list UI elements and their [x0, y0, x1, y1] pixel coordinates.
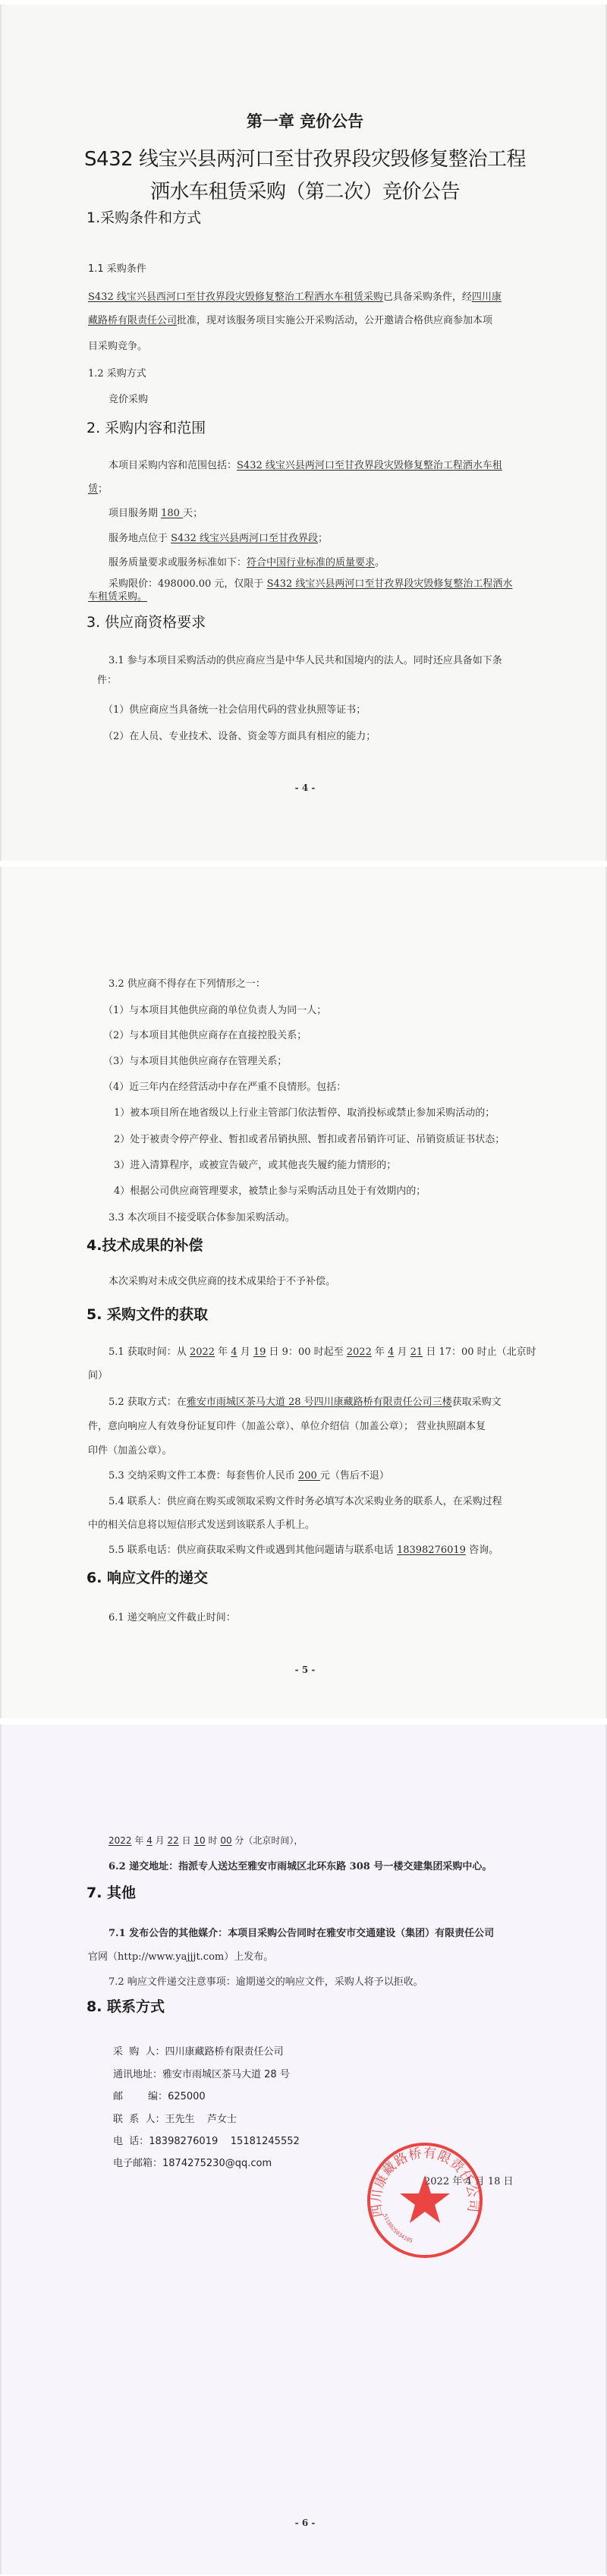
page-number: - 6 -: [2, 2518, 607, 2528]
contact-email: 电子邮箱：1874275230@qq.com: [113, 2155, 272, 2169]
requirement-3-3: 3.3 本次项目不接受联合体参加采购活动。: [109, 1213, 295, 1223]
page-number: - 5 -: [2, 1664, 607, 1675]
company-seal-stamp: 四川康藏路桥有限责任公司 5118025034105: [365, 2140, 485, 2260]
requirement-3-2-heading: 3.2 供应商不得存在下列情形之一：: [109, 979, 266, 989]
scope-line-2: 赁；: [88, 484, 108, 494]
submission-deadline: 2022 年 4 月 22 日 10 时 00 分（北京时间），: [109, 1836, 303, 1845]
scope-line-1: 本项目采购内容和范围包括：S432 线宝兴县两河口至甘孜界段灾毁修复整治工程洒水…: [109, 461, 502, 471]
requirement-3-2-subitem-2: 2）处于被责令停产停业、暂扣或者吊销执照、暂扣或者吊销许可证、吊销资质证书状态；: [114, 1135, 505, 1145]
requirement-3-2-item-2: （2）与本项目其他供应商存在直接控股关系；: [103, 1031, 307, 1041]
section-7-heading: 7. 其他: [86, 1882, 136, 1902]
requirement-3-2-subitem-1: 1）被本项目所在地省级以上行业主管部门依法暂停、取消投标或禁止参加采购活动的；: [114, 1108, 495, 1118]
requirement-3-2-item-1: （1）与本项目其他供应商的单位负责人为同一人；: [103, 1006, 326, 1016]
chapter-title: 第一章 竞价公告: [2, 109, 607, 132]
section-8-heading: 8. 联系方式: [86, 1995, 165, 2016]
requirement-3-2-subitem-4: 4）根据公司供应商管理要求，被禁止参与采购活动且处于有效期内的；: [114, 1186, 426, 1196]
section-7-1-line-2: 官网（http://www.yajjjt.com）上发布。: [88, 1952, 273, 1962]
section-5-3: 5.3 交纳采购文件工本费：每套售价人民币 200 元（售后不退）: [109, 1471, 389, 1481]
section-5-4-line-2: 中的相关信息将以短信形式发送到该联系人手机上。: [88, 1520, 315, 1530]
procurement-method: 竞价采购: [109, 395, 148, 405]
document-page-5: 3.2 供应商不得存在下列情形之一： （1）与本项目其他供应商的单位负责人为同一…: [0, 867, 607, 1718]
contact-phone: 电 话：18398276019 15181245552: [113, 2133, 300, 2147]
requirement-3-1-line-2: 件：: [97, 675, 117, 685]
company-name: 藏路桥有限责任公司: [88, 315, 177, 326]
document-page-4: 第一章 竞价公告 S432 线宝兴县两河口至甘孜界段灾毁修复整治工程 洒水车租赁…: [0, 5, 607, 861]
section-7-2: 7.2 响应文件递交注意事项：逾期递交的响应文件，采购人将予以拒收。: [109, 1977, 423, 1987]
price-limit-line-1: 采购限价：498000.00 元，仅限于 S432 线宝兴县两河口至甘孜界段灾毁…: [109, 579, 512, 589]
section-5-heading: 5. 采购文件的获取: [86, 1303, 208, 1324]
section-5-1-line-1: 5.1 获取时间：从 2022 年 4 月 19 日 9：00 时起至 2022…: [109, 1347, 536, 1357]
service-quality: 服务质量要求或服务标准如下：符合中国行业标准的质量要求。: [109, 558, 385, 568]
requirement-3-2-item-4: （4）近三年内在经营活动中存在严重不良情形。包括：: [103, 1082, 346, 1092]
section-1-1-heading: 1.1 采购条件: [88, 264, 146, 274]
price-limit-line-2: 车租赁采购。: [88, 592, 147, 602]
section-5-1-line-2: 间）: [88, 1371, 108, 1381]
contact-person: 联 系 人：王先生 芦女士: [113, 2111, 237, 2125]
section-6-heading: 6. 响应文件的递交: [86, 1567, 208, 1587]
project-name-link: S432 线宝兴县西河口至甘孜界段灾毁修复整治工程洒水车租赁采购: [88, 291, 383, 303]
section-5-2-line-3: 印件（加盖公章）。: [88, 1446, 172, 1456]
contact-postcode: 邮 编：625000: [113, 2088, 206, 2102]
document-title-line-2: 洒水车租赁采购（第二次）竞价公告: [2, 176, 607, 204]
service-location: 服务地点位于 S432 线宝兴县两河口至甘孜界段；: [109, 534, 328, 543]
section-7-1-line-1: 7.1 发布公告的其他媒介：本项目采购公告同时在雅安市交通建设（集团）有限责任公…: [109, 1929, 494, 1938]
contact-address: 通讯地址：雅安市雨城区茶马大道 28 号: [113, 2066, 290, 2080]
page-number: - 4 -: [2, 783, 607, 793]
section-4-heading: 4.技术成果的补偿: [86, 1234, 203, 1255]
section-4-text: 本次采购对未成交供应商的技术成果给于不予补偿。: [109, 1277, 335, 1286]
section-1-2-heading: 1.2 采购方式: [88, 369, 146, 379]
section-1-heading: 1.采购条件和方式: [86, 206, 201, 227]
section-1-1-paragraph-line-3: 目采购竞争。: [88, 342, 147, 351]
seal-icon: 四川康藏路桥有限责任公司 5118025034105: [365, 2140, 485, 2260]
contact-purchaser: 采 购 人：四川康藏路桥有限责任公司: [113, 2043, 284, 2058]
section-5-5: 5.5 联系电话：供应商获取采购文件或遇到其他问题请与联系电话 18398276…: [109, 1545, 498, 1555]
service-period: 项目服务期 180 天；: [109, 509, 203, 518]
section-6-1-label: 6.1 递交响应文件截止时间：: [109, 1613, 236, 1623]
section-6-2: 6.2 递交地址：指派专人送达至雅安市雨城区北环东路 308 号一楼交建集团采购…: [109, 1862, 492, 1872]
document-title-line-1: S432 线宝兴县两河口至甘孜界段灾毁修复整治工程: [2, 143, 607, 172]
section-5-2-line-1: 5.2 获取方式：在雅安市雨城区茶马大道 28 号四川康藏路桥有限责任公司三楼获…: [109, 1397, 502, 1407]
section-1-1-paragraph-line-2: 藏路桥有限责任公司批准，现对该服务项目实施公开采购活动，公开邀请合格供应商参加本…: [88, 316, 492, 326]
section-3-heading: 3. 供应商资格要求: [86, 611, 206, 631]
requirement-3-1-line-1: 3.1 参与本项目采购活动的供应商应当是中华人民共和国境内的法人。同时还应具备如…: [109, 656, 502, 666]
section-5-4-line-1: 5.4 联系人：供应商在购买或领取采购文件时务必填写本次采购业务的联系人，在采购…: [109, 1497, 502, 1507]
requirement-3-1-item-2: （2）在人员、专业技术、设备、资金等方面具有相应的能力；: [103, 732, 376, 742]
section-2-heading: 2. 采购内容和范围: [86, 417, 206, 437]
requirement-3-2-subitem-3: 3）进入清算程序，或被宣告破产，或其他丧失履约能力情形的；: [114, 1160, 396, 1170]
document-page-6: 2022 年 4 月 22 日 10 时 00 分（北京时间）， 6.2 递交地…: [0, 1724, 607, 2574]
contact-phone: 18398276019: [397, 1545, 466, 1556]
section-1-1-paragraph-line-1: S432 线宝兴县西河口至甘孜界段灾毁修复整治工程洒水车租赁采购已具备采购条件，…: [88, 292, 502, 302]
requirement-3-2-item-3: （3）与本项目其他供应商存在管理关系；: [103, 1057, 287, 1066]
section-5-2-line-2: 件，意向响应人有效身份证复印件（加盖公章）、单位介绍信（加盖公章）； 营业执照副…: [88, 1422, 486, 1431]
requirement-3-1-item-1: （1）供应商应当具备统一社会信用代码的营业执照等证书；: [103, 705, 366, 715]
